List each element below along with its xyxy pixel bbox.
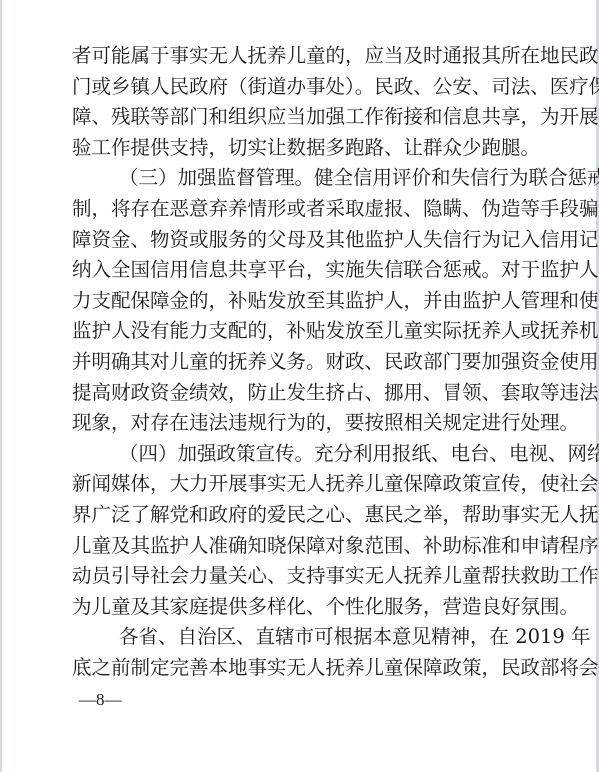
section-heading-line: （四）加强政策宣传。充分利用报纸、电台、电视、网络等 <box>72 439 524 470</box>
text-line: 提高财政资金绩效，防止发生挤占、挪用、冒领、套取等违法违规 <box>72 378 524 409</box>
text-line: 动员引导社会力量关心、支持事实无人抚养儿童帮扶救助工作， <box>72 561 524 592</box>
text-line: 并明确其对儿童的抚养义务。财政、民政部门要加强资金使用管理， <box>72 347 524 378</box>
paragraph-publicity: （四）加强政策宣传。充分利用报纸、电台、电视、网络等 新闻媒体，大力开展事实无人… <box>72 439 524 623</box>
text-line: 底之前制定完善本地事实无人抚养儿童保障政策，民政部将会同 <box>72 653 524 684</box>
text-line: 障资金、物资或服务的父母及其他监护人失信行为记入信用记录， <box>72 225 524 256</box>
text-line: 力支配保障金的，补贴发放至其监护人，并由监护人管理和使用； <box>72 286 524 317</box>
document-page: 者可能属于事实无人抚养儿童的，应当及时通报其所在地民政部 门或乡镇人民政府（街道… <box>0 0 599 772</box>
document-body: 者可能属于事实无人抚养儿童的，应当及时通报其所在地民政部 门或乡镇人民政府（街道… <box>72 41 524 683</box>
text-line: 门或乡镇人民政府（街道办事处）。民政、公安、司法、医疗保 <box>72 72 524 103</box>
text-line: 障、残联等部门和组织应当加强工作衔接和信息共享，为开展查 <box>72 102 524 133</box>
paragraph-continuation: 者可能属于事实无人抚养儿童的，应当及时通报其所在地民政部 门或乡镇人民政府（街道… <box>72 41 524 163</box>
text-line: 纳入全国信用信息共享平台，实施失信联合惩戒。对于监护人有能 <box>72 255 524 286</box>
text-line: 监护人没有能力支配的，补贴发放至儿童实际抚养人或抚养机构， <box>72 316 524 347</box>
text-line: 儿童及其监护人准确知晓保障对象范围、补助标准和申请程序。 <box>72 531 524 562</box>
text-line: 验工作提供支持，切实让数据多跑路、让群众少跑腿。 <box>72 133 524 164</box>
paragraph-closing: 各省、自治区、直辖市可根据本意见精神，在 2019 年 10 月 底之前制定完善… <box>72 622 524 683</box>
text-line: 界广泛了解党和政府的爱民之心、惠民之举，帮助事实无人抚养 <box>72 500 524 531</box>
page-number: —8— <box>79 690 122 710</box>
text-line: 新闻媒体，大力开展事实无人抚养儿童保障政策宣传，使社会各 <box>72 469 524 500</box>
text-line: 者可能属于事实无人抚养儿童的，应当及时通报其所在地民政部 <box>72 41 524 72</box>
text-line: 现象，对存在违法违规行为的，要按照相关规定进行处理。 <box>72 408 524 439</box>
text-line: 为儿童及其家庭提供多样化、个性化服务，营造良好氛围。 <box>72 592 524 623</box>
text-line: 各省、自治区、直辖市可根据本意见精神，在 2019 年 10 月 <box>72 622 524 653</box>
section-heading-line: （三）加强监督管理。健全信用评价和失信行为联合惩戒机 <box>72 163 524 194</box>
paragraph-supervision: （三）加强监督管理。健全信用评价和失信行为联合惩戒机 制，将存在恶意弃养情形或者… <box>72 163 524 438</box>
text-line: 制，将存在恶意弃养情形或者采取虚报、隐瞒、伪造等手段骗取保 <box>72 194 524 225</box>
